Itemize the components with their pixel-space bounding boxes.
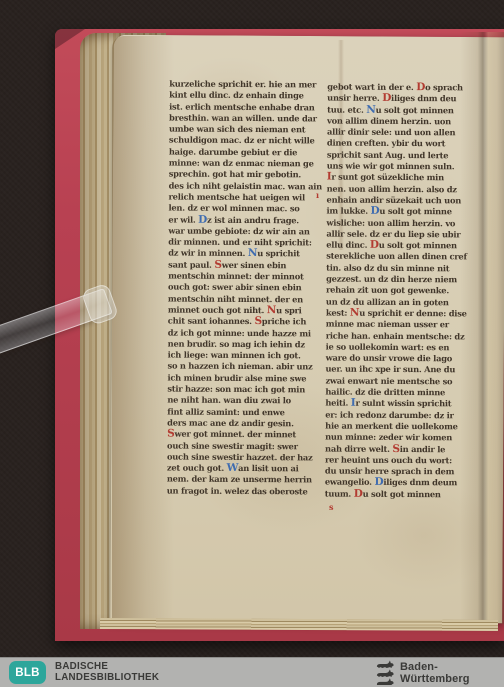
ink-text: allir sele. dz er du liep sie ubir: [326, 228, 460, 239]
ink-text: nah dirre welt.: [325, 443, 392, 453]
manuscript-text-line: kint ellu dinc. dz enhain dinge: [169, 90, 323, 102]
ink-text: len. dz er wol minnen mac. so: [168, 203, 299, 214]
ink-text: bresthin. wan an willen. unde dar: [169, 112, 317, 123]
manuscript-text-line: mentschin minnet: der minnot: [168, 271, 322, 283]
ink-text: r sunt got süzekliche min: [331, 172, 444, 183]
manuscript-text-line: er wil. Dz ist ain andru frage.: [168, 214, 322, 226]
manuscript-text-line: wisliche: uon allim herzin. vo: [326, 217, 478, 229]
ink-text: minnet ouch got niht.: [168, 304, 267, 315]
ink-text: nen brudir. so mag ich iehin dz: [168, 338, 305, 349]
manuscript-text-line: im lukke. Du solt got minne: [326, 206, 478, 218]
ink-text: heiti.: [325, 398, 351, 408]
ink-text: von allim dinem herzin. uon: [327, 115, 451, 126]
ink-text: ewangelio.: [325, 477, 375, 487]
ink-text: nen. uon allim herzin. also dz: [327, 183, 457, 194]
rubric-initial: W: [227, 462, 239, 474]
ink-text: minne mac nieman usser er: [326, 319, 449, 330]
ink-text: sprichit sant Aug. und lerte: [327, 149, 449, 160]
ink-text: uns wie wir got minnen suln.: [327, 161, 455, 172]
ink-text: du unsir herre sprach in dem: [325, 466, 454, 477]
ink-text: chit sant iohannes.: [168, 316, 255, 327]
rubric-initial: D: [416, 82, 425, 94]
library-name-line1: BADISCHE: [55, 661, 159, 672]
ink-text: r sulnt wissin sprichit: [355, 398, 451, 409]
ink-text: ich liege: wan minnen ich got.: [168, 350, 301, 361]
ink-text: ware do unsir vrowe die lago: [326, 353, 453, 364]
manuscript-text-line: relich mentsche hat ueigen wil: [169, 192, 323, 204]
ink-text: im lukke.: [326, 206, 370, 216]
rubric-initial: D: [374, 476, 383, 488]
library-name-line2: LANDESBIBLIOTHEK: [55, 672, 159, 683]
manuscript-text-line: ich minen brudir alse mine swe: [167, 372, 321, 384]
ink-text: z ist ain andru frage.: [207, 214, 299, 225]
ink-text: u solt got minne: [379, 206, 451, 216]
baden-wuerttemberg-lions-icon: [375, 660, 395, 685]
manuscript-text-line: ie so uollekomin wart: es en: [326, 341, 478, 353]
rubric-initial: D: [371, 205, 380, 217]
ink-text: priche ich: [262, 316, 306, 326]
manuscript-text-line: von allim dinem herzin. uon: [327, 115, 479, 127]
ink-text: wer got minnet. der minnet: [174, 429, 296, 440]
marginal-mark: ı: [316, 190, 319, 200]
ink-text: nun minne: zeder wir komen: [325, 432, 452, 443]
manuscript-text-line: tuum. Du solt got minnen: [325, 488, 477, 500]
manuscript-text-line: sprechin. got hat mir gebotin.: [169, 169, 323, 181]
manuscript-text-line: gezzest. un dz din herze niem: [326, 274, 478, 286]
manuscript-text-line: uer. un ihc xpe ir sun. Ane du: [326, 364, 478, 376]
ink-text: dir minnen. und er niht sprichit:: [168, 237, 311, 248]
ink-text: enhain andir süzekait uch uon: [327, 195, 462, 206]
manuscript-text-line: riche han. enhain mentsche: dz: [326, 330, 478, 342]
manuscript-text-line: tuu. etc. Nu solt got minnen: [327, 104, 479, 116]
manuscript-text-line: dz wir in minnen. Nu sprichit: [168, 248, 322, 260]
library-name: BADISCHE LANDESBIBLIOTHEK: [55, 661, 159, 683]
manuscript-text-line: schuldigon mac. dz er nicht wille: [169, 135, 323, 147]
manuscript-text-line: bresthin. wan an willen. unde dar: [169, 112, 323, 124]
manuscript-text-line: nen. uon allim herzin. also dz: [327, 183, 479, 195]
blb-logo-label: BLB: [15, 667, 40, 679]
rubric-initial: D: [382, 92, 391, 104]
ink-text: dz wir in minnen.: [168, 248, 248, 258]
ink-text: zwai enwart nie mentsche so: [325, 375, 452, 386]
manuscript-text-line: chit sant iohannes. Spriche ich: [168, 316, 322, 328]
manuscript-text-line: minne mac nieman usser er: [326, 319, 478, 331]
rubric-initial: N: [267, 304, 276, 316]
manuscript-text-line: un fragot in. welez das oberoste: [167, 485, 321, 497]
ink-text: sprechin. got hat mir gebotin.: [169, 169, 301, 180]
ink-text: allir dinir sele: und uon allen: [327, 127, 455, 138]
manuscript-text-line: hie an merkent die uollekome: [325, 420, 477, 432]
ink-text: rer heuint uns ouch du wort:: [325, 454, 452, 465]
ink-text: riche han. enhain mentsche: dz: [326, 330, 465, 341]
ink-text: war umbe gebiote: dz wir ain an: [168, 225, 309, 236]
ink-text: ellu dinc.: [326, 240, 370, 250]
manuscript-text-line: sant paul. Swer sinen ebin: [168, 259, 322, 271]
ink-text: ouch sine swestir magit: swer: [167, 440, 298, 451]
manuscript-text-line: minne: wan dz enmac nieman ge: [169, 158, 323, 170]
ink-text: mentschin niht minnet. der en: [168, 293, 303, 304]
rubric-initial: N: [248, 247, 257, 259]
footer-bar: BLB BADISCHE LANDESBIBLIOTHEK Baden-Würt…: [0, 657, 504, 687]
ink-text: haige. darumbe gebiut er die: [169, 146, 297, 157]
manuscript-text-line: mentschin niht minnet. der en: [168, 293, 322, 305]
rubric-initial: N: [350, 307, 359, 319]
manuscript-text-line: zet ouch got. Wan lisit uon ai: [167, 463, 321, 475]
ink-text: an lisit uon ai: [238, 463, 298, 473]
gutter-shadow: [112, 36, 174, 622]
manuscript-text-line: sprichit sant Aug. und lerte: [327, 149, 479, 161]
text-column-right: gebot wart in der e. Do sprachunsir herr…: [325, 82, 480, 507]
ink-text: wer sinen ebin: [222, 260, 287, 270]
ink-text: schuldigon mac. dz er nicht wille: [169, 135, 315, 146]
ink-text: ouch sine swestir hazzet. der haz: [167, 451, 313, 462]
ink-text: mentschin minnet: der minnot: [168, 271, 304, 282]
ink-text: dz ich got minne: unde hazze mi: [168, 327, 311, 338]
marginal-mark: s: [329, 502, 334, 512]
manuscript-text-line: war umbe gebiote: dz wir ain an: [168, 225, 322, 237]
manuscript-text-line: un dz du allizan an in goten: [326, 296, 478, 308]
ink-text: u solt got minnen: [363, 488, 441, 498]
ink-text: o sprach: [425, 82, 463, 92]
manuscript-text-line: unsir herre. Diliges dnm deu: [327, 93, 479, 105]
manuscript-text-line: ware do unsir vrowe die lago: [326, 353, 478, 365]
rubric-initial: S: [214, 259, 221, 271]
manuscript-text-line: dinen creften. ybir du wort: [327, 138, 479, 150]
manuscript-text-line: ouch sine swestir magit: swer: [167, 440, 321, 452]
ink-text: in andir le: [400, 443, 445, 453]
ink-text: u solt got minnen: [376, 104, 454, 114]
manuscript-text-line: ist. erlich mentsche enhabe dran: [169, 101, 323, 113]
ink-text: ders mac ane dz andir gesin.: [167, 417, 294, 428]
ink-text: u solt got minnen: [379, 240, 457, 250]
manuscript-text-line: ich liege: wan minnen ich got.: [168, 350, 322, 362]
ink-text: umbe wan sich des nieman ent: [169, 124, 305, 135]
ink-text: ne niht han. wan diu zwai lo: [167, 395, 291, 406]
ink-text: tuum.: [325, 488, 354, 498]
digitized-manuscript-photo: kurzeliche sprichit er. hie an merkint e…: [0, 0, 504, 687]
manuscript-text-line: rer heuint uns ouch du wort:: [325, 454, 477, 466]
ink-text: gebot wart in der e.: [327, 82, 416, 93]
ink-text: wisliche: uon allim herzin. vo: [326, 217, 455, 228]
manuscript-text-line: Ir sunt got süzekliche min: [327, 172, 479, 184]
ink-text: unsir herre.: [327, 93, 382, 103]
ink-text: iliges dnm deum: [383, 477, 457, 487]
ink-text: sant paul.: [168, 259, 214, 269]
ink-text: uer. un ihc xpe ir sun. Ane du: [326, 364, 456, 375]
ink-text: ouch got: swer abir sinen ebin: [168, 282, 301, 293]
rubric-initial: D: [198, 213, 207, 225]
manuscript-text-line: umbe wan sich des nieman ent: [169, 124, 323, 136]
ink-text: tin. also dz du sin minne nit: [326, 262, 449, 273]
ink-text: gezzest. un dz din herze niem: [326, 274, 457, 285]
manuscript-text-line: nah dirre welt. Sin andir le: [325, 443, 477, 455]
manuscript-text-line: sterekliche uon allen dinen cref: [326, 251, 478, 263]
ink-text: rehain zit uon got gewenke.: [326, 285, 449, 296]
ink-text: ie so uollekomin wart: es en: [326, 341, 450, 352]
rubric-initial: S: [254, 315, 261, 327]
ink-text: hailic. dz die dritten minne: [325, 387, 445, 398]
manuscript-text-line: ellu dinc. Du solt got minnen: [326, 240, 478, 252]
manuscript-text-line: rehain zit uon got gewenke.: [326, 285, 478, 297]
ink-text: fint alliz samint: und enwe: [167, 406, 284, 417]
ink-text: er: ich redonz darumbe: dz ir: [325, 409, 453, 420]
ink-text: nem. der kam ze unserme herrin: [167, 474, 312, 485]
ink-text: ist. erlich mentsche enhabe dran: [169, 101, 315, 112]
manuscript-text-line: des ich niht gelaistin mac. wan ain: [169, 180, 323, 192]
manuscript-text-line: ouch got: swer abir sinen ebin: [168, 282, 322, 294]
ink-text: stir hazze: son mac ich got min: [167, 384, 305, 395]
manuscript-text-line: nun minne: zeder wir komen: [325, 432, 477, 444]
ink-text: hie an merkent die uollekome: [325, 420, 458, 431]
manuscript-text-line: heiti. Ir sulnt wissin sprichit: [325, 398, 477, 410]
rubric-initial: S: [392, 442, 399, 454]
ink-text: u spri: [276, 305, 301, 315]
ink-text: kint ellu dinc. dz enhain dinge: [169, 90, 304, 101]
manuscript-text-line: allir dinir sele: und uon allen: [327, 127, 479, 139]
manuscript-text-line: Swer got minnet. der minnet: [167, 429, 321, 441]
ink-text: u sprichit: [257, 249, 300, 259]
ink-text: iliges dnm deu: [391, 93, 456, 103]
text-column-left: kurzeliche sprichit er. hie an merkint e…: [167, 79, 324, 504]
ink-text: sterekliche uon allen dinen cref: [326, 251, 467, 262]
manuscript-text-line: haige. darumbe gebiut er die: [169, 146, 323, 158]
manuscript-text-line: kest: Nu sprichit er denne: dise: [326, 307, 478, 319]
ink-text: ich minen brudir alse mine swe: [167, 372, 306, 383]
ink-text: des ich niht gelaistin mac. wan ain: [169, 180, 322, 191]
ink-text: dinen creften. ybir du wort: [327, 138, 445, 149]
manuscript-text-line: nem. der kam ze unserme herrin: [167, 474, 321, 486]
manuscript-text-line: so n hazzen ich nieman. abir unz: [168, 361, 322, 373]
manuscript-text-line: tin. also dz du sin minne nit: [326, 262, 478, 274]
manuscript-text-line: er: ich redonz darumbe: dz ir: [325, 409, 477, 421]
ink-text: kurzeliche sprichit er. hie an mer: [169, 79, 316, 90]
manuscript-text-line: dz ich got minne: unde hazze mi: [168, 327, 322, 339]
state-name: Baden-Württemberg: [400, 658, 504, 687]
ink-text: minne: wan dz enmac nieman ge: [169, 158, 314, 169]
manuscript-text-line: ne niht han. wan diu zwai lo: [167, 395, 321, 407]
ink-text: tuu. etc.: [327, 104, 366, 114]
ink-text: un fragot in. welez das oberoste: [167, 485, 308, 496]
ink-text: u sprichit er denne: dise: [359, 308, 467, 319]
ink-text: relich mentsche hat ueigen wil: [169, 192, 305, 203]
manuscript-text-line: kurzeliche sprichit er. hie an mer: [169, 79, 323, 91]
page-bottom-edges: [100, 618, 498, 631]
blb-logo: BLB: [9, 661, 46, 684]
manuscript-text-line: ewangelio. Diliges dnm deum: [325, 477, 477, 489]
ink-text: so n hazzen ich nieman. abir unz: [168, 361, 313, 372]
ink-text: kest:: [326, 307, 350, 317]
manuscript-text-line: nen brudir. so mag ich iehin dz: [168, 338, 322, 350]
manuscript-text-line: zwai enwart nie mentsche so: [325, 375, 477, 387]
state-name-label: Baden-Württemberg: [400, 661, 504, 685]
manuscript-text-line: fint alliz samint: und enwe: [167, 406, 321, 418]
ink-text: zet ouch got.: [167, 463, 227, 473]
ink-text: er wil.: [168, 214, 198, 224]
manuscript-text-line: len. dz er wol minnen mac. so: [168, 203, 322, 215]
manuscript-text-line: stir hazze: son mac ich got min: [167, 384, 321, 396]
ink-text: un dz du allizan an in goten: [326, 296, 449, 307]
rubric-initial: D: [354, 487, 363, 499]
